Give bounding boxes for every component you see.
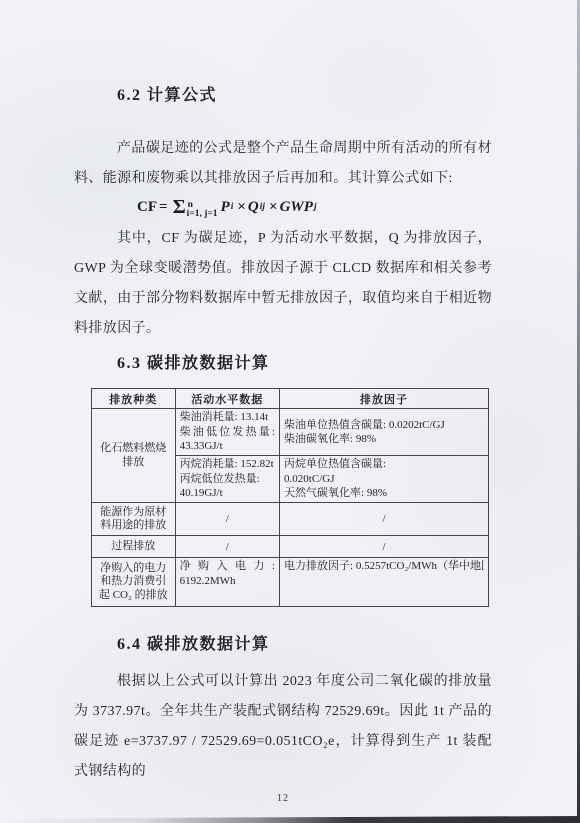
formula-times-2: ×	[269, 199, 278, 216]
table-row-process: 过程排放 / /	[92, 536, 489, 558]
cell-propane-activity: 丙烷消耗量: 152.82t 丙烷低位发热量: 40.19GJ/t	[175, 456, 279, 503]
formula-sigma-symbol: Σ	[173, 197, 186, 217]
table-row-diesel: 化石燃料燃烧排放 柴油消耗量: 13.14t 柴油低位发热量: 43.33GJ/…	[92, 409, 489, 456]
propane-carbon-content-label: 丙烷单位热值含碳量:	[284, 457, 484, 472]
emission-data-table: 排放种类 活动水平数据 排放因子 化石燃料燃烧排放 柴油消耗量: 13.14t …	[91, 388, 489, 607]
paragraph-formula-explanation: 其中，CF 为碳足迹，P 为活动水平数据，Q 为排放因子，GWP 为全球变暖潜势…	[74, 224, 492, 344]
diesel-consumption: 柴油消耗量: 13.14t	[180, 410, 275, 425]
header-emission-type: 排放种类	[92, 389, 176, 409]
cell-process-factor-na: /	[280, 536, 489, 558]
cell-energy-factor-na: /	[280, 503, 489, 536]
cell-category-fossil-fuel: 化石燃料燃烧排放	[92, 409, 176, 503]
natural-gas-oxidation-rate: 天然气碳氧化率: 98%	[284, 486, 484, 501]
diesel-oxidation-rate: 柴油碳氧化率: 98%	[284, 432, 484, 447]
formula-term-gwp: GWP	[280, 199, 313, 216]
formula-term-q: Q	[248, 199, 259, 216]
section-heading-6-4: 6.4 碳排放数据计算	[117, 635, 492, 655]
cell-category-electricity: 净购入的电力和热力消费引起 CO₂ 的排放	[92, 558, 176, 607]
propane-heating-value-label: 丙烷低位发热量:	[180, 472, 275, 487]
formula-term-p: P	[221, 199, 230, 216]
carbon-footprint-formula: CF = Σ n i=1, j=1 P i × Q ij × GWP j	[137, 194, 492, 220]
cell-propane-factor: 丙烷单位热值含碳量: 0.020tC/GJ 天然气碳氧化率: 98%	[280, 456, 489, 503]
net-purchased-electricity: 净购入电力: 6192.2MWh	[180, 559, 275, 588]
propane-carbon-content-value: 0.020tC/GJ	[284, 472, 484, 487]
propane-heating-value: 40.19GJ/t	[180, 486, 275, 501]
cell-electricity-factor: 电力排放因子: 0.5257tCO₂/MWh（华中地区）	[280, 558, 489, 607]
page-edge-shadow-bottom	[0, 816, 580, 823]
formula-times-1: ×	[237, 199, 246, 216]
propane-consumption: 丙烷消耗量: 152.82t	[180, 457, 275, 472]
page-content: 6.2 计算公式 产品碳足迹的公式是整个产品生命周期中所有活动的所有材料、能源和…	[0, 0, 580, 804]
cell-electricity-activity: 净购入电力: 6192.2MWh	[175, 558, 279, 607]
table-row-energy-raw-material: 能源作为原材料用途的排放 / /	[92, 503, 489, 536]
formula-equals: =	[159, 199, 168, 216]
header-emission-factor: 排放因子	[280, 389, 489, 409]
header-activity-data: 活动水平数据	[175, 389, 279, 409]
formula-cf: CF	[137, 199, 157, 216]
diesel-heating-value: 43.33GJ/t	[180, 439, 275, 454]
formula-sigma-limits: n i=1, j=1	[187, 201, 218, 219]
formula-sigma-lower: i=1, j=1	[187, 210, 218, 219]
section-heading-6-2: 6.2 计算公式	[117, 86, 492, 106]
cell-category-energy-raw-material: 能源作为原材料用途的排放	[92, 503, 176, 536]
scanned-document-page: 6.2 计算公式 产品碳足迹的公式是整个产品生命周期中所有活动的所有材料、能源和…	[0, 0, 580, 823]
formula-term-q-sub: ij	[260, 202, 265, 212]
page-number: 12	[74, 793, 492, 804]
cell-diesel-factor: 柴油单位热值含碳量: 0.0202tC/GJ 柴油碳氧化率: 98%	[280, 409, 489, 456]
paragraph-formula-intro: 产品碳足迹的公式是整个产品生命周期中所有活动的所有材料、能源和废物乘以其排放因子…	[74, 134, 492, 194]
diesel-carbon-content: 柴油单位热值含碳量: 0.0202tC/GJ	[284, 418, 484, 433]
cell-diesel-activity: 柴油消耗量: 13.14t 柴油低位发热量: 43.33GJ/t	[175, 409, 279, 456]
cell-category-process: 过程排放	[92, 536, 176, 558]
formula-term-p-sub: i	[231, 202, 234, 212]
cell-energy-activity-na: /	[175, 503, 279, 536]
section-heading-6-3: 6.3 碳排放数据计算	[117, 354, 492, 374]
cell-process-activity-na: /	[175, 536, 279, 558]
electricity-emission-factor: 电力排放因子: 0.5257tCO₂/MWh（华中地区）	[284, 559, 484, 574]
paragraph-calculation-result: 根据以上公式可以计算出 2023 年度公司二氧化碳的排放量为 3737.97t。…	[74, 667, 492, 787]
formula-term-gwp-sub: j	[314, 202, 317, 212]
diesel-heating-value-label: 柴油低位发热量:	[180, 425, 275, 440]
table-row-electricity: 净购入的电力和热力消费引起 CO₂ 的排放 净购入电力: 6192.2MWh 电…	[92, 558, 489, 607]
table-header-row: 排放种类 活动水平数据 排放因子	[92, 389, 489, 409]
